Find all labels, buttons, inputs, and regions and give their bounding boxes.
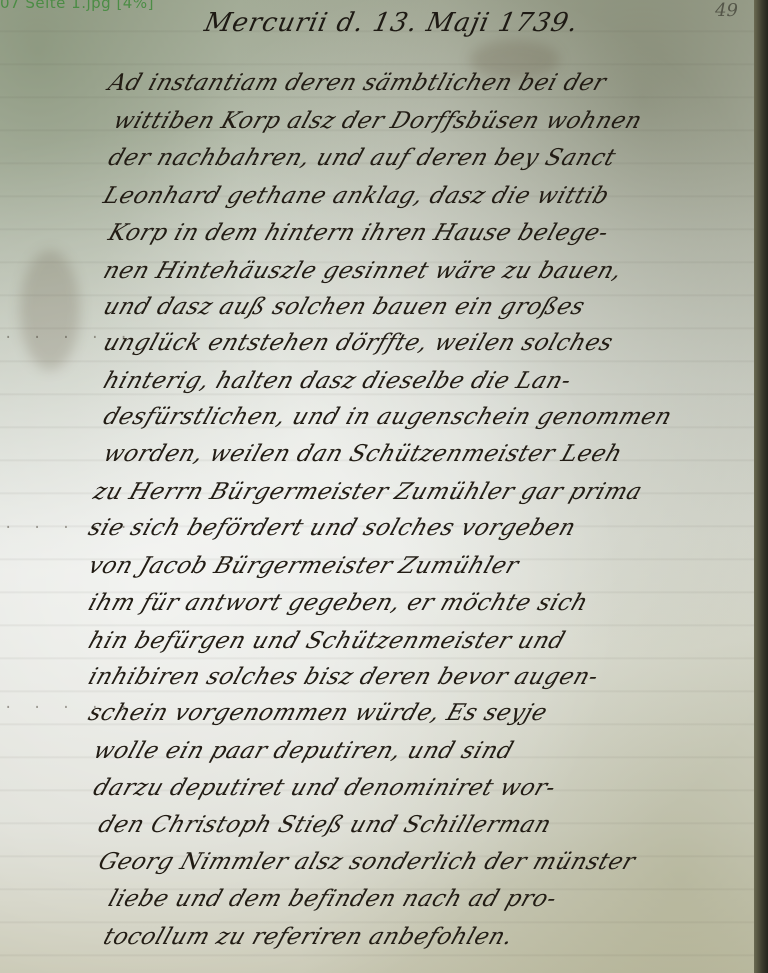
handwritten-line: hin befürgen und Schützenmeister und — [85, 628, 569, 654]
handwritten-line: und dasz auß solchen bauen ein großes — [100, 294, 588, 320]
handwritten-line: wolle ein paar deputiren, und sind — [90, 738, 517, 764]
handwritten-line: inhibiren solches bisz deren bevor augen… — [85, 664, 602, 690]
handwritten-line: Georg Nimmler alsz sonderlich der münste… — [95, 849, 639, 875]
handwritten-line: hinterig, halten dasz dieselbe die Lan- — [100, 368, 575, 394]
handwritten-line: den Christoph Stieß und Schillerman — [95, 812, 555, 838]
handwritten-line: liebe und dem befinden nach ad pro- — [105, 886, 560, 912]
handwritten-line: schein vorgenommen würde, Es seyje — [85, 700, 551, 726]
page-number: 49 — [715, 0, 738, 21]
handwritten-line: von Jacob Bürgermeister Zumühler — [85, 553, 522, 579]
handwritten-line: Leonhard gethane anklag, dasz die wittib — [100, 183, 613, 209]
handwritten-line: der nachbahren, und auf deren bey Sanct — [105, 145, 619, 171]
document-heading-date: Mercurii d. 13. Maji 1739. — [202, 8, 581, 38]
handwritten-line: nen Hintehäuszle gesinnet wäre zu bauen, — [100, 258, 625, 284]
handwritten-line: Ad instantiam deren sämbtlichen bei der — [105, 70, 610, 96]
handwritten-line: desfürstlichen, und in augenschein genom… — [100, 404, 675, 430]
handwritten-line: Korp in dem hintern ihren Hause belege- — [105, 220, 612, 246]
handwritten-line: darzu deputiret und denominiret wor- — [90, 775, 559, 801]
handwritten-line: wittiben Korp alsz der Dorffsbüsen wohne… — [110, 108, 645, 134]
handwritten-line: ihm für antwort gegeben, er möchte sich — [85, 590, 591, 616]
handwritten-line: zu Herrn Bürgermeister Zumühler gar prim… — [90, 479, 646, 505]
handwritten-line: tocollum zu referiren anbefohlen. — [100, 924, 517, 950]
document-photo: 07 Seite 1.jpg [4%] 49 Mercurii d. 13. M… — [0, 0, 756, 973]
handwritten-line: unglück entstehen dörffte, weilen solche… — [100, 330, 616, 356]
handwritten-line: worden, weilen dan Schützenmeister Leeh — [100, 441, 626, 467]
file-name-overlay: 07 Seite 1.jpg [4%] — [0, 0, 154, 12]
page-edge-shadow — [754, 0, 768, 973]
handwritten-line: sie sich befördert und solches vorgeben — [85, 515, 579, 541]
ink-stain — [20, 250, 80, 370]
